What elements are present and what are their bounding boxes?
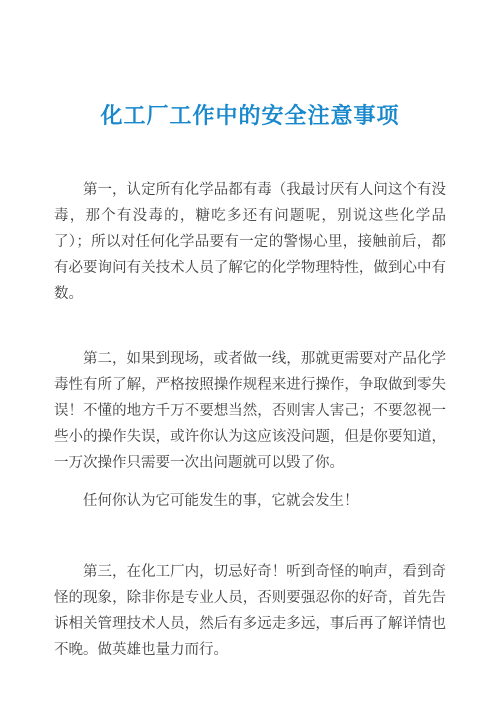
document-body: 第一，认定所有化学品都有毒（我最讨厌有人问这个有没毒，那个有没毒的，糖吃多还有问… [0, 177, 500, 663]
page-title: 化工厂工作中的安全注意事项 [0, 101, 500, 131]
paragraph-first: 第一，认定所有化学品都有毒（我最讨厌有人问这个有没毒，那个有没毒的，糖吃多还有问… [54, 177, 446, 307]
paragraph-third: 第三，在化工厂内，切忌好奇！听到奇怪的响声，看到奇怪的现象，除非你是专业人员，否… [54, 559, 446, 663]
paragraph-aphorism: 任何你认为它可能发生的事，它就会发生！ [54, 488, 446, 514]
paragraph-second: 第二，如果到现场，或者做一线，那就更需要对产品化学毒性有所了解，严格按照操作规程… [54, 346, 446, 476]
document-page: 化工厂工作中的安全注意事项 第一，认定所有化学品都有毒（我最讨厌有人问这个有没毒… [0, 0, 500, 708]
